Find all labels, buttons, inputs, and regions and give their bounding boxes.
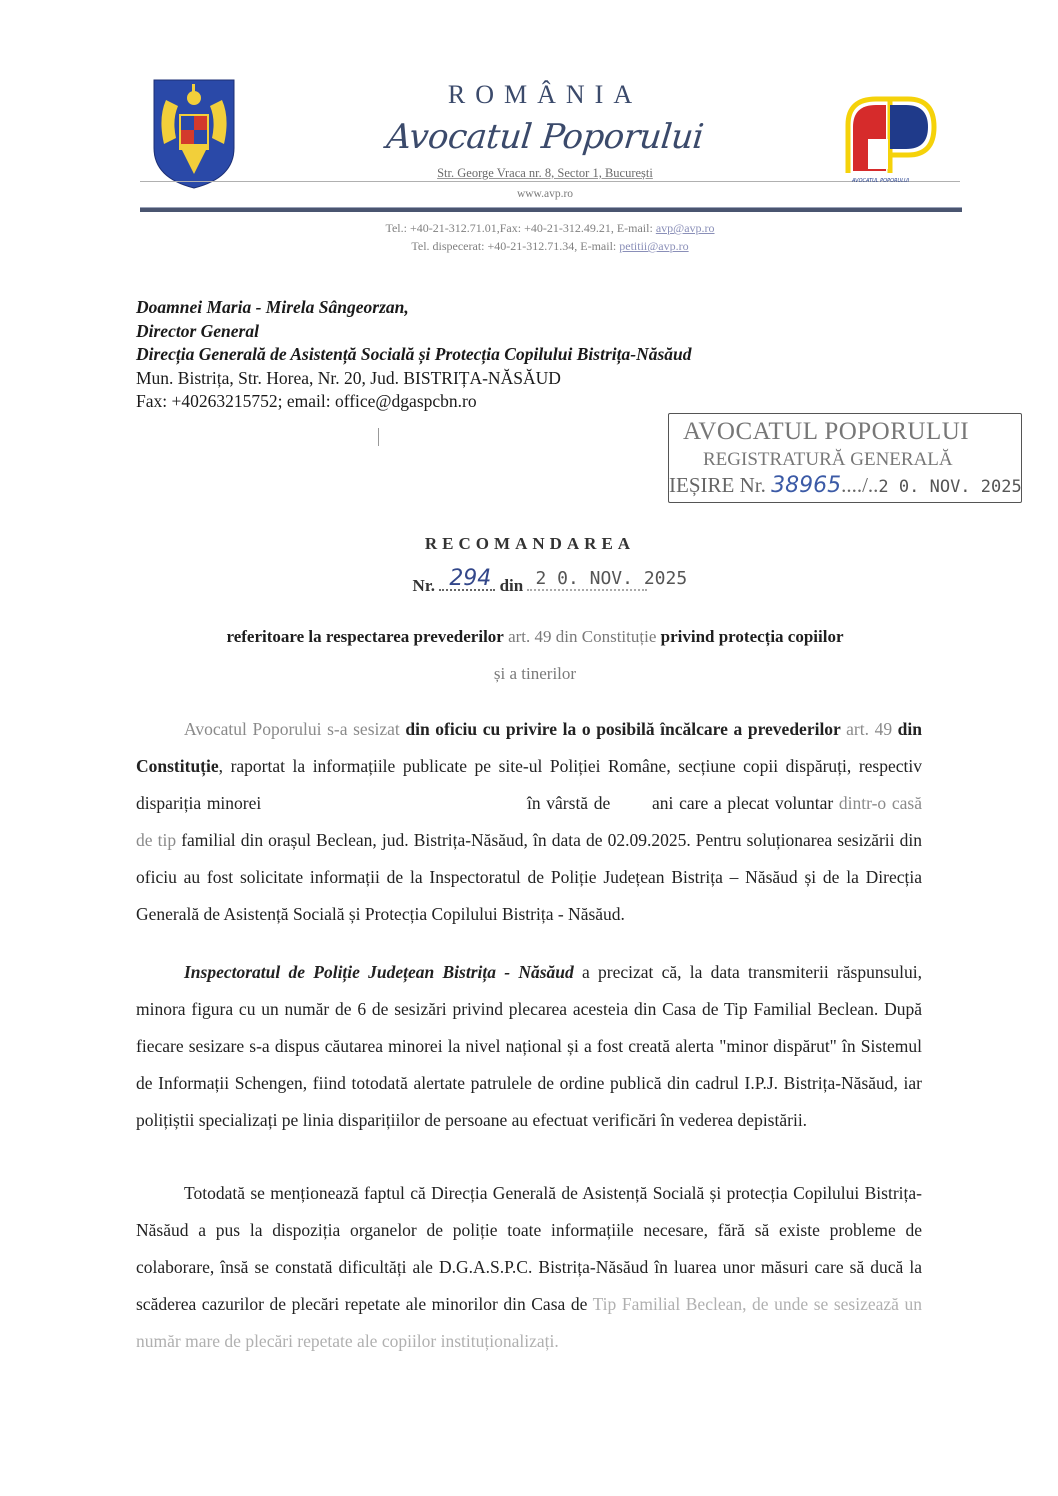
addressee-title: Director General: [136, 320, 856, 344]
header-thick-divider: [140, 207, 962, 212]
email-link-avp[interactable]: avp@avp.ro: [656, 221, 715, 235]
email-link-petitii[interactable]: petitii@avp.ro: [619, 239, 688, 253]
addressee-institution: Direcția Generală de Asistență Socială ș…: [136, 343, 856, 367]
body-paragraph-1: Avocatul Poporului s-a sesizat din ofici…: [136, 711, 922, 933]
scan-mark: [378, 428, 379, 446]
stamp-line-2: REGISTRATURĂ GENERALĂ: [703, 449, 953, 471]
body-paragraph-2: Inspectoratul de Poliție Județean Bistri…: [136, 954, 922, 1139]
stamp-number: 38965: [771, 473, 841, 498]
stamp-line-1: AVOCATUL POPORULUI: [683, 418, 969, 446]
institution-address: Str. George Vraca nr. 8, Sector 1, Bucur…: [340, 166, 750, 181]
country-heading: ROMÂNIA: [340, 80, 750, 110]
addressee-name: Doamnei Maria - Mirela Sângeorzan,: [136, 296, 856, 320]
svg-text:AVOCATUL POPORULUI: AVOCATUL POPORULUI: [851, 178, 910, 184]
romania-coat-of-arms-logo: [152, 78, 236, 190]
addressee-address: Mun. Bistrița, Str. Horea, Nr. 20, Jud. …: [136, 367, 856, 391]
addressee-block: Doamnei Maria - Mirela Sângeorzan, Direc…: [136, 296, 856, 414]
document-number-line: Nr. 294 din 2 0. NOV. 2025: [300, 575, 760, 596]
ap-logo: AVOCATUL POPORULUI: [838, 85, 948, 185]
document-date: 2 0. NOV. 2025: [535, 568, 687, 589]
contact-info: Tel.: +40-21-312.71.01,Fax: +40-21-312.4…: [200, 219, 900, 255]
document-number: 294: [449, 566, 491, 591]
body-paragraph-3: Totodată se menționează faptul că Direcț…: [136, 1175, 922, 1360]
police-inspectorate-name: Inspectoratul de Poliție Județean Bistri…: [184, 962, 574, 982]
stamp-line-3: IEȘIRE Nr. 38965..../..2 0. NOV. 2025: [669, 473, 1022, 498]
addressee-contact: Fax: +40263215752; email: office@dgaspcb…: [136, 390, 856, 414]
document-title: RECOMANDAREA: [300, 534, 760, 554]
header-thin-divider: [140, 181, 960, 182]
institution-website: www.avp.ro: [340, 188, 750, 200]
document-subject: referitoare la respectarea prevederilor …: [140, 618, 930, 692]
registry-stamp: AVOCATUL POPORULUI REGISTRATURĂ GENERALĂ…: [668, 413, 1022, 503]
stamp-date: 2 0. NOV. 2025: [878, 477, 1021, 497]
institution-name: Avocatul Poporului: [338, 117, 752, 157]
